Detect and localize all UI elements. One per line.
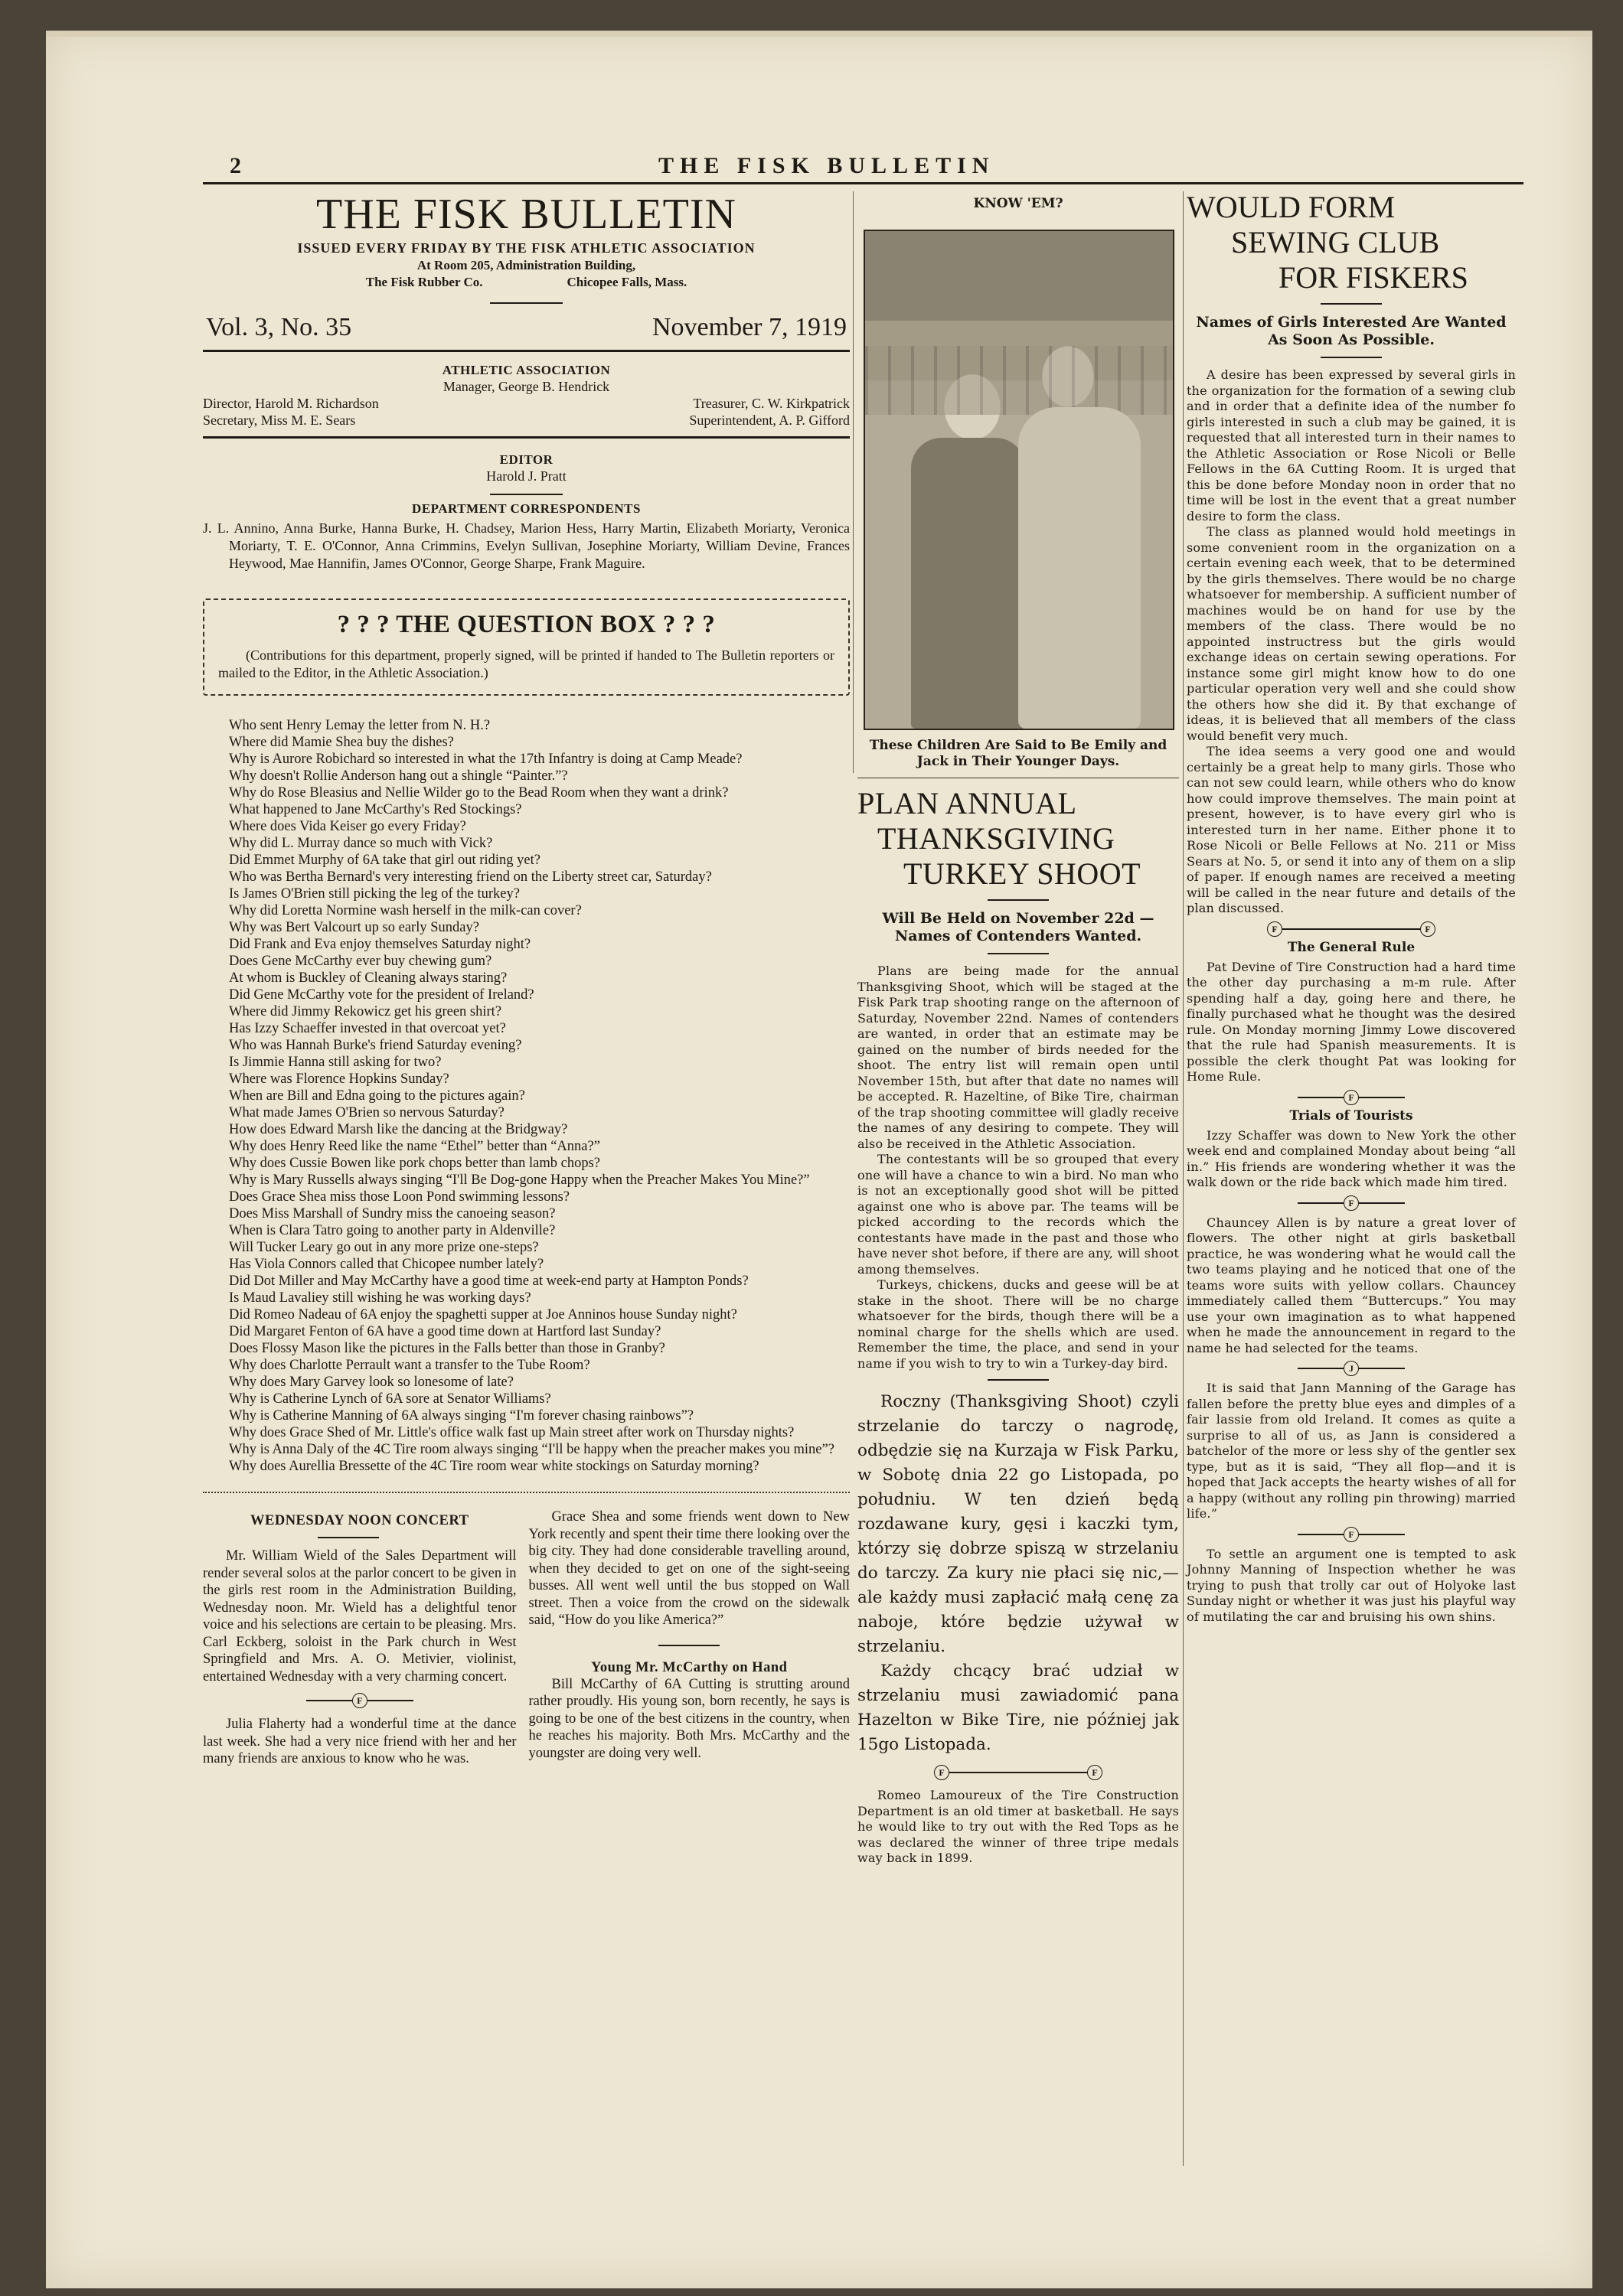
divider (1321, 357, 1382, 358)
headline-line: PLAN ANNUAL (857, 786, 1179, 821)
question: Has Izzy Schaeffer invested in that over… (203, 1020, 850, 1037)
sewing-club-paragraph: The class as planned would hold meetings… (1187, 524, 1516, 744)
volume-number: Vol. 3, No. 35 (206, 313, 351, 342)
ornament-divider: FF (1187, 921, 1516, 937)
question-box-note: (Contributions for this department, prop… (218, 647, 834, 682)
question: Why did Loretta Normine wash herself in … (203, 902, 850, 919)
fisk-f-ornament-icon: F (1344, 1527, 1359, 1542)
tourists-heading: Trials of Tourists (1187, 1108, 1516, 1124)
masthead-company: The Fisk Rubber Co. (366, 275, 483, 290)
turkey-shoot-headline: PLAN ANNUAL THANKSGIVING TURKEY SHOOT (857, 786, 1179, 892)
question: Why doesn't Rollie Anderson hang out a s… (203, 768, 850, 784)
lower-right-column: Grace Shea and some friends went down to… (529, 1508, 851, 1768)
question: When are Bill and Edna going to the pict… (203, 1088, 850, 1104)
question: At whom is Buckley of Cleaning always st… (203, 970, 850, 987)
fisk-f-ornament-icon: F (934, 1765, 949, 1780)
question: Did Gene McCarthy vote for the president… (203, 987, 850, 1003)
question: Why does Henry Reed like the name “Ethel… (203, 1138, 850, 1155)
turkey-shoot-paragraph: Turkeys, chickens, ducks and geese will … (857, 1277, 1179, 1371)
divider (988, 1379, 1049, 1381)
mccarthy-heading: Young Mr. McCarthy on Hand (529, 1660, 851, 1676)
question: When is Clara Tatro going to another par… (203, 1222, 850, 1239)
headline-line: THANKSGIVING (857, 821, 1179, 856)
column-left: THE FISK BULLETIN ISSUED EVERY FRIDAY BY… (203, 190, 850, 1768)
lower-columns: WEDNESDAY NOON CONCERT Mr. William Wield… (203, 1508, 850, 1768)
photo-fence (865, 346, 1173, 415)
fisk-f-ornament-icon: F (1344, 1195, 1359, 1211)
general-rule-heading: The General Rule (1187, 940, 1516, 955)
jann-manning-body: It is said that Jann Manning of the Gara… (1187, 1381, 1516, 1522)
masthead-issued: ISSUED EVERY FRIDAY BY THE FISK ATHLETIC… (203, 240, 850, 256)
masthead-location: Chicopee Falls, Mass. (567, 275, 687, 290)
turkey-shoot-paragraph: The contestants will be so grouped that … (857, 1152, 1179, 1277)
question: Who was Bertha Bernard's very interestin… (203, 869, 850, 885)
divider (490, 302, 563, 304)
photo-girl (1018, 407, 1141, 729)
question: Does Grace Shea miss those Loon Pond swi… (203, 1189, 850, 1205)
lower-left-column: WEDNESDAY NOON CONCERT Mr. William Wield… (203, 1508, 517, 1768)
question: Why is Aurore Robichard so interested in… (203, 751, 850, 768)
question: Why does Grace Shed of Mr. Little's offi… (203, 1424, 850, 1441)
question: Why do Rose Bleasius and Nellie Wilder g… (203, 784, 850, 801)
volume-row: Vol. 3, No. 35 November 7, 1919 (203, 313, 850, 342)
correspondents-heading: DEPARTMENT CORRESPONDENTS (203, 501, 850, 517)
question: Where did Jimmy Rekowicz get his green s… (203, 1003, 850, 1020)
photo-heading: KNOW 'EM? (857, 196, 1179, 211)
headline-line: TURKEY SHOOT (857, 856, 1179, 892)
question: Why does Charlotte Perrault want a trans… (203, 1357, 850, 1374)
photo-boy (911, 438, 1026, 729)
column-divider (1183, 191, 1184, 2166)
officers-row: Secretary, Miss M. E. Sears Superintende… (203, 412, 850, 429)
question: Why does Cussie Bowen like pork chops be… (203, 1155, 850, 1172)
page-number: 2 (230, 153, 241, 179)
divider (318, 1537, 379, 1538)
divider (203, 436, 850, 442)
photo-caption: These Children Are Said to Be Emily and … (857, 738, 1179, 770)
page-edge (46, 31, 1592, 37)
sewing-club-subhead: Names of Girls Interested Are Wanted As … (1187, 314, 1516, 349)
ornament-divider: F (1187, 1195, 1516, 1211)
fisk-f-ornament-icon: F (1087, 1765, 1102, 1780)
question: Will Tucker Leary go out in any more pri… (203, 1239, 850, 1256)
divider (658, 1645, 720, 1646)
turkey-shoot-paragraph: Plans are being made for the annual Than… (857, 964, 1179, 1152)
johnny-manning-body: To settle an argument one is tempted to … (1187, 1547, 1516, 1626)
question: Why is Mary Russells always singing “I'l… (203, 1172, 850, 1189)
concert-body: Mr. William Wield of the Sales Departmen… (203, 1548, 517, 1685)
question: How does Edward Marsh like the dancing a… (203, 1121, 850, 1138)
divider (988, 899, 1049, 901)
divider (857, 778, 1179, 778)
turkey-shoot-subhead: Will Be Held on November 22d —Names of C… (857, 910, 1179, 945)
question: Why is Anna Daly of the 4C Tire room alw… (203, 1441, 850, 1458)
chauncey-allen-body: Chauncey Allen is by nature a great love… (1187, 1215, 1516, 1357)
question: Why was Bert Valcourt up so early Sunday… (203, 919, 850, 936)
divider (490, 494, 563, 495)
question: Is Jimmie Hanna still asking for two? (203, 1054, 850, 1071)
question: Does Flossy Mason like the pictures in t… (203, 1340, 850, 1357)
question-list: Who sent Henry Lemay the letter from N. … (203, 717, 850, 1475)
editor-name: Harold J. Pratt (203, 468, 850, 484)
question: Has Viola Connors called that Chicopee n… (203, 1256, 850, 1273)
romeo-lamoureux-body: Romeo Lamoureux of the Tire Construction… (857, 1788, 1179, 1867)
ornament-divider: F (203, 1693, 517, 1708)
polish-paragraph: Roczny (Thanksgiving Shoot) czyli strzel… (857, 1390, 1179, 1659)
grace-shea-body: Grace Shea and some friends went down to… (529, 1508, 851, 1629)
treasurer: Treasurer, C. W. Kirkpatrick (693, 395, 850, 412)
secretary: Secretary, Miss M. E. Sears (203, 412, 355, 429)
running-head: 2 THE FISK BULLETIN (230, 153, 1523, 184)
ornament-divider: FF (857, 1765, 1179, 1780)
question: What happened to Jane McCarthy's Red Sto… (203, 801, 850, 818)
question: Why did L. Murray dance so much with Vic… (203, 835, 850, 852)
manager: Manager, George B. Hendrick (203, 378, 850, 395)
question: Did Romeo Nadeau of 6A enjoy the spaghet… (203, 1306, 850, 1323)
question: Did Margaret Fenton of 6A have a good ti… (203, 1323, 850, 1340)
column-divider (853, 191, 854, 773)
question: Did Dot Miller and May McCarthy have a g… (203, 1273, 850, 1290)
concert-heading: WEDNESDAY NOON CONCERT (203, 1513, 517, 1529)
polish-paragraph: Każdy chcący brać udział w strzelaniu mu… (857, 1659, 1179, 1757)
ornament-divider: F (1187, 1527, 1516, 1542)
question: Where did Mamie Shea buy the dishes? (203, 734, 850, 751)
headline-line: WOULD FORM (1187, 190, 1516, 225)
masthead-address: At Room 205, Administration Building, (203, 256, 850, 275)
question: Why does Aurellia Bressette of the 4C Ti… (203, 1458, 850, 1475)
running-title: THE FISK BULLETIN (658, 153, 994, 179)
julia-flaherty-body: Julia Flaherty had a wonderful time at t… (203, 1716, 517, 1768)
mccarthy-body: Bill McCarthy of 6A Cutting is strutting… (529, 1676, 851, 1763)
question: Why is Catherine Lynch of 6A sore at Sen… (203, 1391, 850, 1407)
correspondents-list: J. L. Annino, Anna Burke, Hanna Burke, H… (203, 520, 850, 572)
divider (203, 350, 850, 355)
headline-line: FOR FISKERS (1187, 260, 1516, 295)
column-right: WOULD FORM SEWING CLUB FOR FISKERS Names… (1187, 190, 1516, 1625)
question: Did Frank and Eva enjoy themselves Satur… (203, 936, 850, 953)
divider (1321, 303, 1382, 305)
officers-row: Director, Harold M. Richardson Treasurer… (203, 395, 850, 412)
sewing-club-paragraph: A desire has been expressed by several g… (1187, 367, 1516, 524)
ornament-divider: J (1187, 1361, 1516, 1376)
fisk-f-ornament-icon: F (1420, 921, 1435, 937)
question: Where was Florence Hopkins Sunday? (203, 1071, 850, 1088)
fisk-f-ornament-icon: F (1267, 921, 1282, 937)
athletic-association-heading: ATHLETIC ASSOCIATION (203, 363, 850, 378)
column-middle: KNOW 'EM? These Children Are Said to Be … (857, 190, 1179, 1867)
question: Why is Catherine Manning of 6A always si… (203, 1407, 850, 1424)
masthead-title: THE FISK BULLETIN (203, 191, 850, 237)
editor-heading: EDITOR (203, 452, 850, 468)
wavy-divider (203, 1492, 850, 1493)
masthead-company-row: The Fisk Rubber Co. Chicopee Falls, Mass… (203, 275, 850, 290)
question: Why does Mary Garvey look so lonesome of… (203, 1374, 850, 1391)
superintendent: Superintendent, A. P. Gifford (689, 412, 850, 429)
sewing-club-headline: WOULD FORM SEWING CLUB FOR FISKERS (1187, 190, 1516, 295)
general-rule-body: Pat Devine of Tire Construction had a ha… (1187, 960, 1516, 1085)
ornament-divider: F (1187, 1090, 1516, 1105)
question-box: ? ? ? THE QUESTION BOX ? ? ? (Contributi… (203, 598, 850, 696)
question: Does Miss Marshall of Sundry miss the ca… (203, 1205, 850, 1222)
issue-date: November 7, 1919 (652, 313, 847, 342)
question: Is James O'Brien still picking the leg o… (203, 885, 850, 902)
question: Is Maud Lavaliey still wishing he was wo… (203, 1290, 850, 1306)
question: What made James O'Brien so nervous Satur… (203, 1104, 850, 1121)
question: Who was Hannah Burke's friend Saturday e… (203, 1037, 850, 1054)
question: Where does Vida Keiser go every Friday? (203, 818, 850, 835)
divider (988, 953, 1049, 954)
headline-line: SEWING CLUB (1187, 225, 1516, 260)
fisk-f-ornament-icon: F (352, 1693, 367, 1708)
fisk-f-ornament-icon: F (1344, 1090, 1359, 1105)
question: Does Gene McCarthy ever buy chewing gum? (203, 953, 850, 970)
tourists-body: Izzy Schaffer was down to New York the o… (1187, 1128, 1516, 1191)
question-box-title: ? ? ? THE QUESTION BOX ? ? ? (218, 611, 834, 639)
sewing-club-paragraph: The idea seems a very good one and would… (1187, 744, 1516, 917)
children-photograph (864, 230, 1174, 730)
question: Did Emmet Murphy of 6A take that girl ou… (203, 852, 850, 869)
j-ornament-icon: J (1344, 1361, 1359, 1376)
top-rule (203, 182, 1523, 184)
question: Who sent Henry Lemay the letter from N. … (203, 717, 850, 734)
director: Director, Harold M. Richardson (203, 395, 379, 412)
